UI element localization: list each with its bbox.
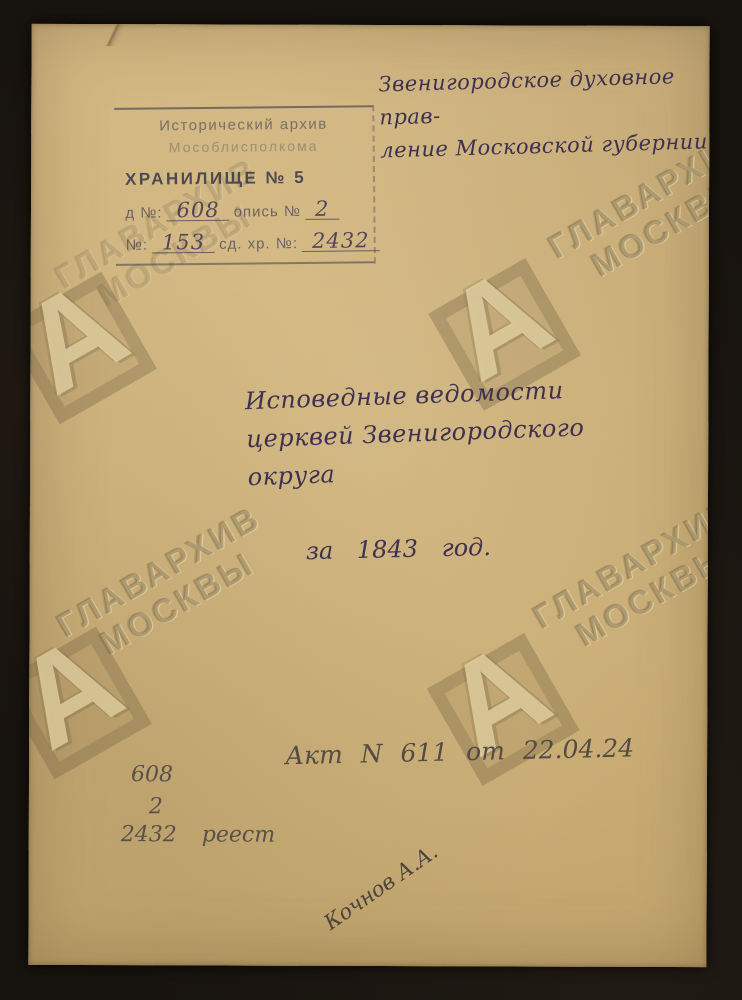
- pencil-fond-number: 608: [131, 762, 173, 787]
- archivist-signature: Кочнов А.А.: [320, 839, 442, 934]
- stamp-org-line2: Мособлисполкома: [125, 137, 363, 155]
- stamp-fond-row: д №: 608 опись № 2: [125, 199, 363, 221]
- document-title: Исповедные ведомости церквей Звенигородс…: [244, 368, 648, 496]
- unit-value: 2432: [302, 231, 380, 252]
- stamp-storage-line: ХРАНИЛИЩЕ № 5: [125, 167, 363, 189]
- document-cover: ГЛАВАРХИВ МОСКВЫ ГЛАВАРХИВ МОСКВЫ ГЛАВАР…: [28, 24, 709, 967]
- fond-value: 608: [166, 201, 229, 222]
- opis-label: опись №: [234, 203, 302, 221]
- stamp-org-line1: Исторический архив: [124, 115, 362, 134]
- unit-label: сд. хр. №:: [219, 235, 298, 253]
- top-right-inscription: Звенигородское духовное прав- ление Моск…: [378, 59, 710, 168]
- pencil-unit-number: 2432 реест: [121, 822, 275, 848]
- num-value: 153: [152, 233, 215, 254]
- archive-stamp: Исторический архив Мособлисполкома ХРАНИ…: [114, 105, 376, 266]
- title-line2: церквей Звенигородского округа: [246, 406, 648, 496]
- opis-value: 2: [305, 200, 340, 220]
- num-label: №:: [126, 237, 148, 254]
- pencil-opis-number: 2: [149, 794, 163, 819]
- inscription-line1: Звенигородское духовное прав-: [378, 59, 710, 135]
- stamp-unit-row: №: 153 сд. хр. №: 2432: [126, 231, 364, 253]
- year-inscription: за 1843 год.: [306, 533, 492, 565]
- act-note: Акт N 611 от 22.04.24: [285, 733, 635, 770]
- paper-crease: [80, 24, 150, 46]
- fond-label: д №:: [125, 204, 162, 221]
- watermark-text: ГЛАВАРХИВ МОСКВЫ: [521, 487, 709, 670]
